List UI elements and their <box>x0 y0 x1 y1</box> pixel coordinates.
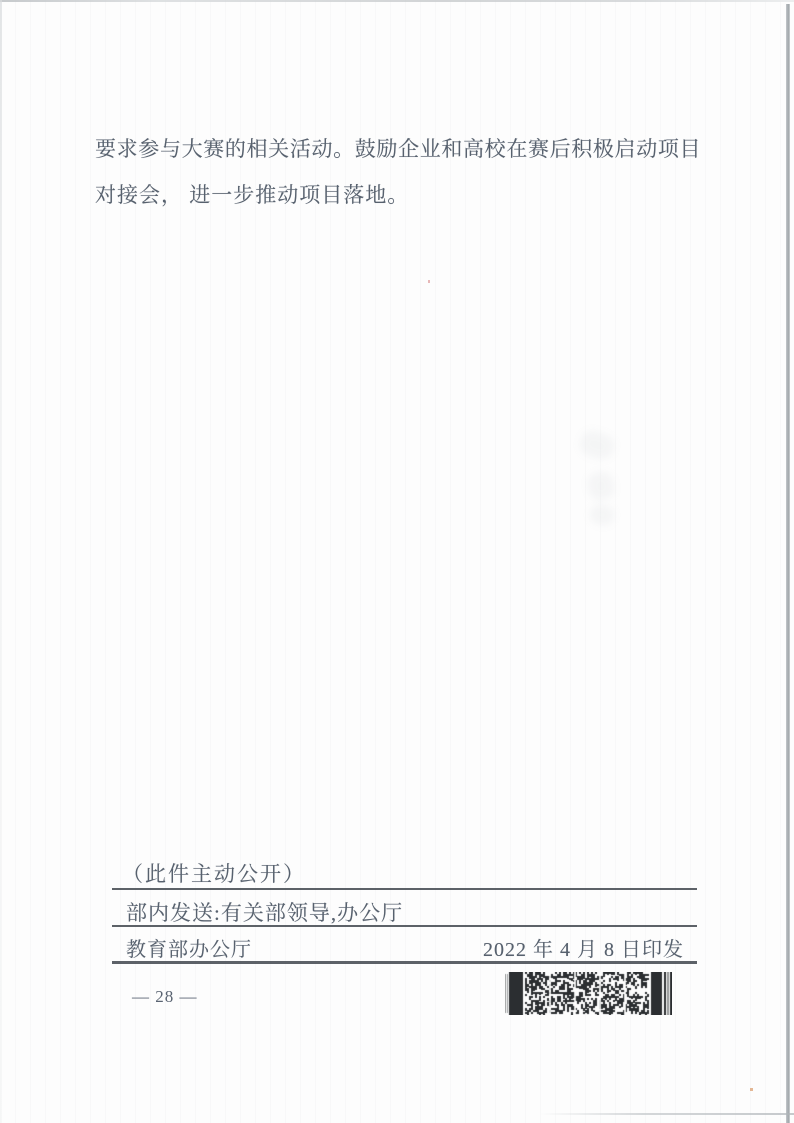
scan-edge-top <box>0 0 794 2</box>
print-date: 2022 年 4 月 8 日印发 <box>483 933 684 962</box>
barcode-icon <box>505 972 672 1015</box>
body-paragraph-line-2: 对接会， 进一步推动项目落地。 <box>95 180 701 210</box>
body-paragraph-line-1: 要求参与大赛的相关活动。鼓励企业和高校在赛后积极启动项目 <box>95 134 701 164</box>
scanned-document-page: 要求参与大赛的相关活动。鼓励企业和高校在赛后积极启动项目 对接会， 进一步推动项… <box>0 0 794 1123</box>
divider-line-top <box>112 888 697 890</box>
disclosure-note: （此件主动公开） <box>122 858 306 888</box>
bleed-through-smudge <box>585 470 616 503</box>
scan-speck <box>750 1088 753 1091</box>
divider-line-middle <box>112 925 697 927</box>
scan-edge-bottom <box>540 1113 794 1115</box>
scan-speck <box>428 280 430 283</box>
bleed-through-smudge <box>577 427 617 462</box>
issuer-name: 教育部办公厅 <box>126 933 252 962</box>
divider-line-bottom <box>112 961 697 964</box>
issuer-row: 教育部办公厅 2022 年 4 月 8 日印发 <box>112 933 697 962</box>
page-number: — 28 — <box>132 987 198 1007</box>
distribution-note: 部内发送:有关部领导,办公厅 <box>126 897 403 927</box>
bleed-through-smudge <box>589 503 616 526</box>
scan-edge-right <box>786 4 790 1123</box>
scan-edge-left <box>0 0 2 1123</box>
